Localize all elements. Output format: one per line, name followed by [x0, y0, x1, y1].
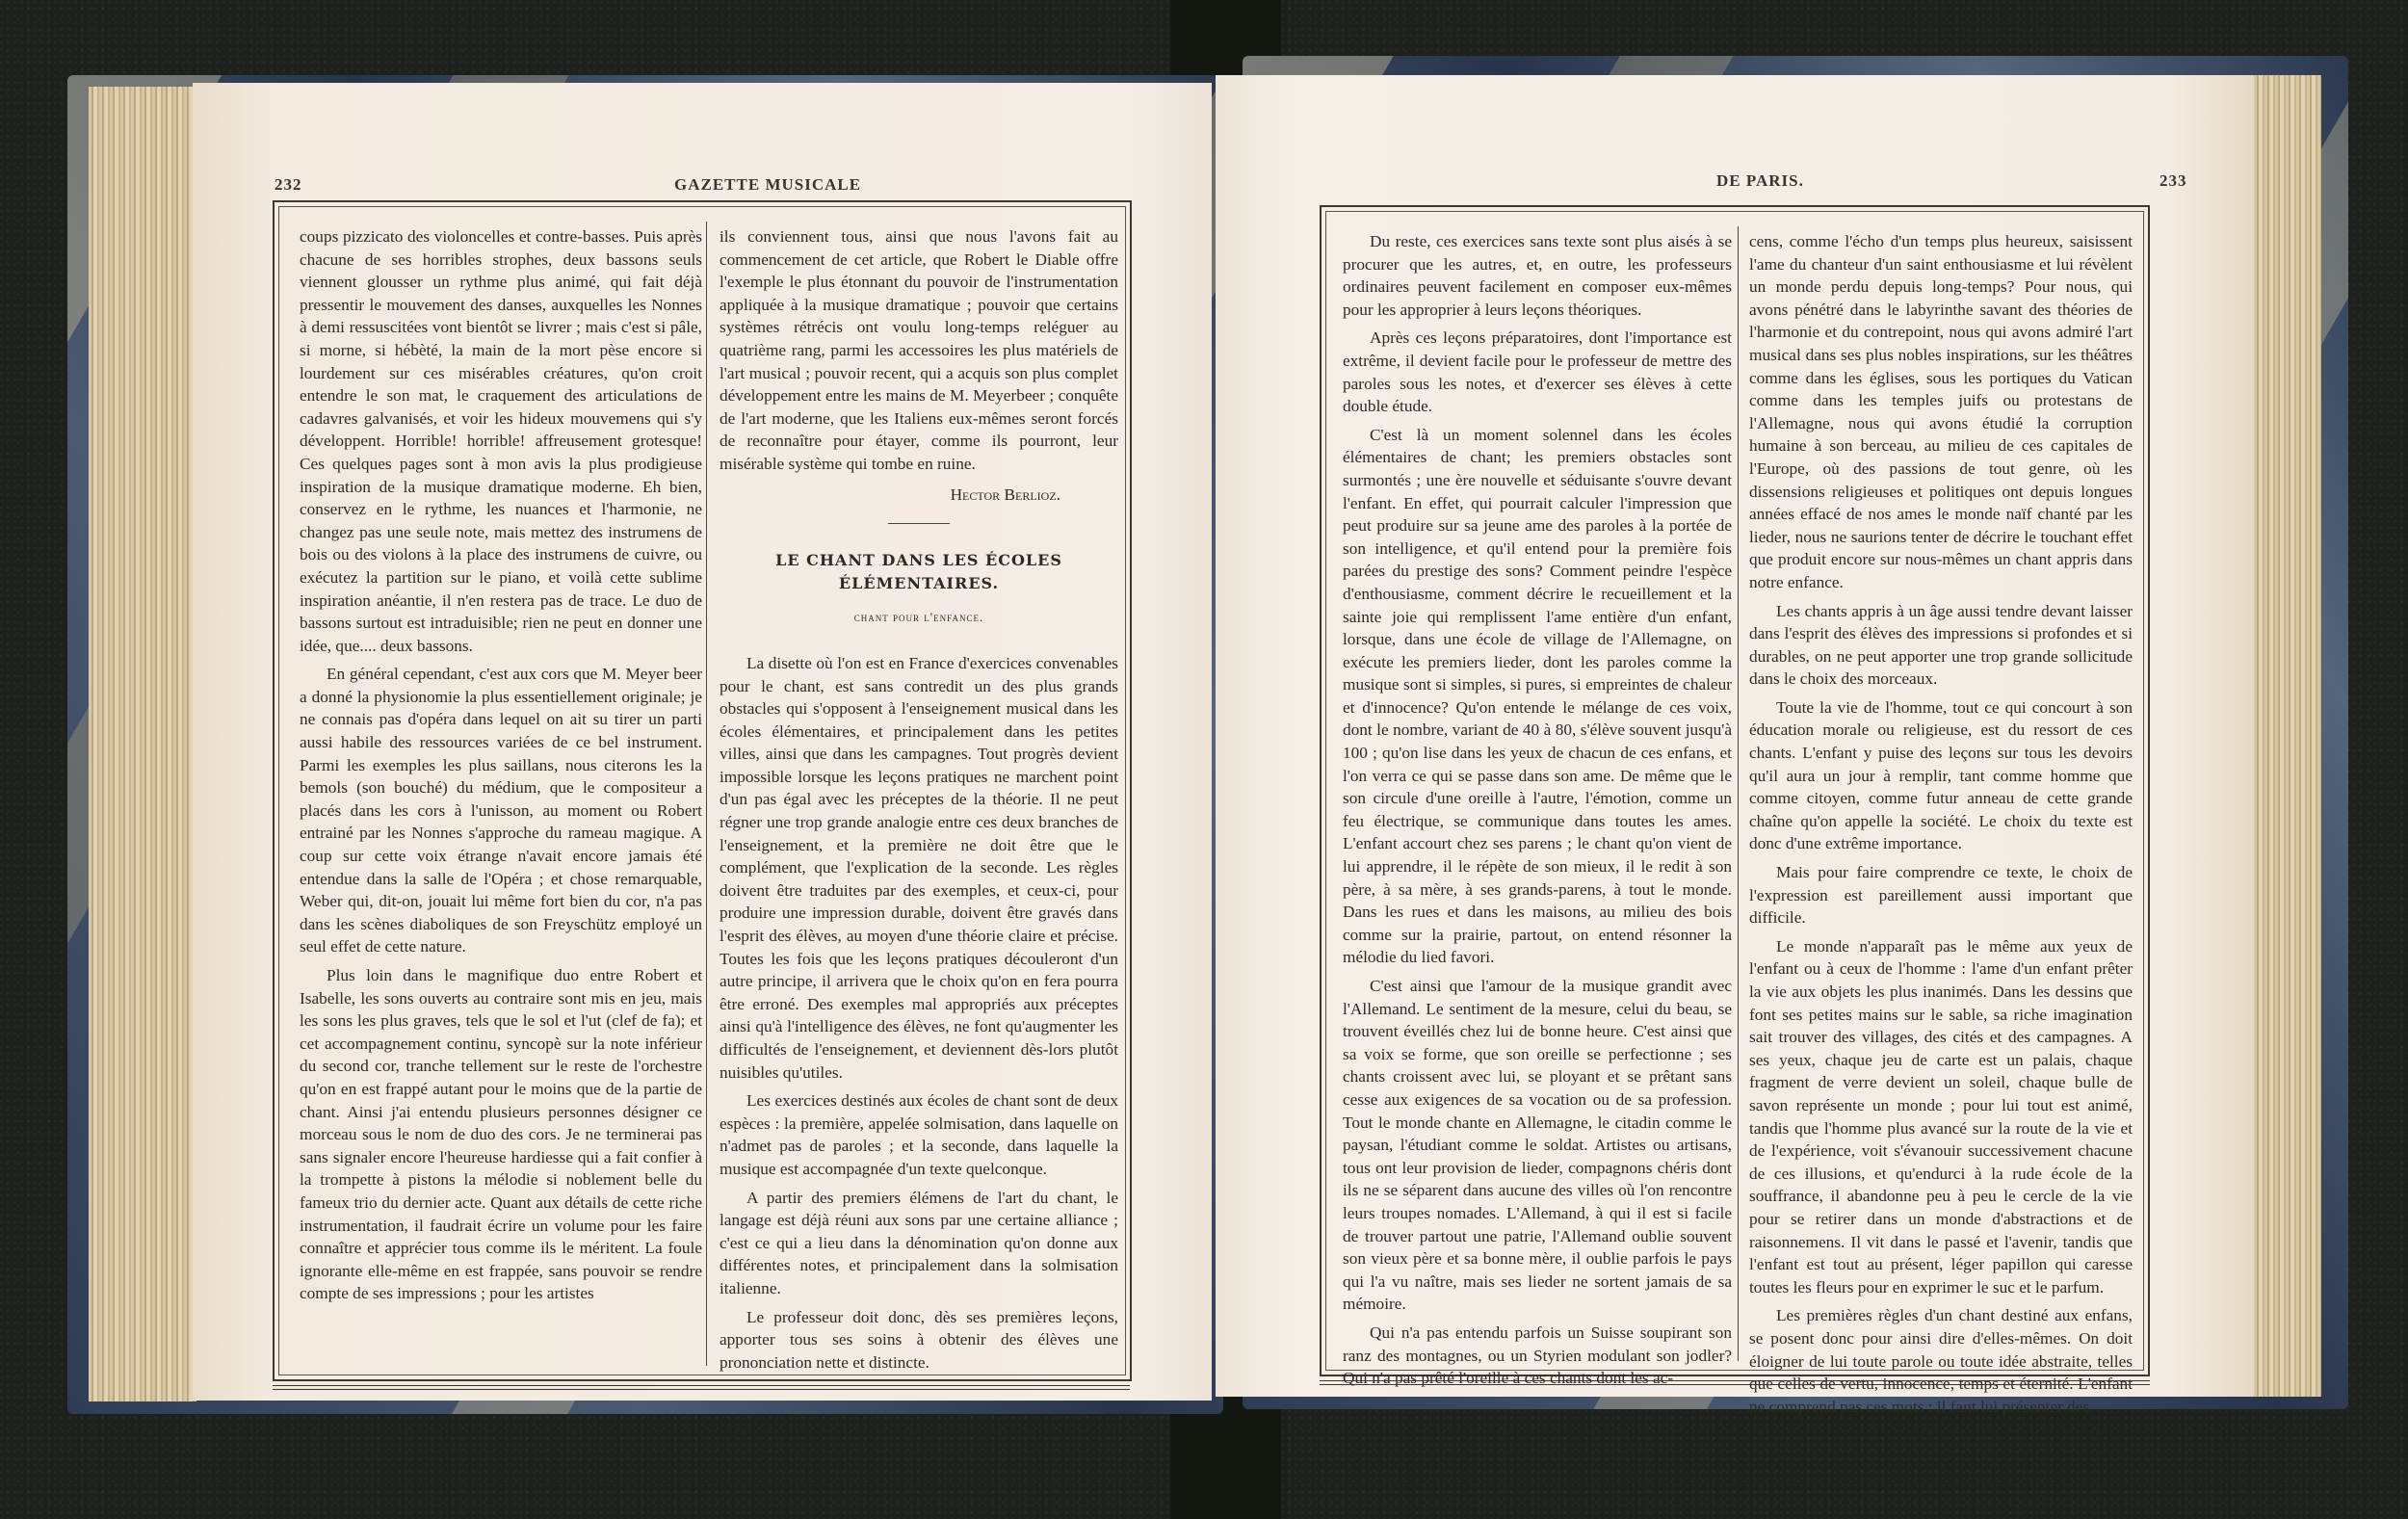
left-page-edges: [89, 87, 196, 1401]
paragraph: C'est ainsi que l'amour de la musique gr…: [1343, 975, 1732, 1316]
section-rule: [888, 523, 950, 524]
page-number: 232: [275, 175, 302, 195]
column-divider: [706, 222, 707, 1366]
running-head: GAZETTE MUSICALE: [674, 175, 861, 195]
paragraph: A partir des premiers élémens de l'art d…: [720, 1187, 1118, 1300]
paragraph: ils conviennent tous, ainsi que nous l'a…: [720, 225, 1118, 476]
text-frame: Du reste, ces exercices sans texte sont …: [1320, 205, 2150, 1376]
page-number: 233: [2159, 171, 2187, 191]
running-head: DE PARIS.: [1716, 171, 1804, 191]
article-subtitle: chant pour l'enfance.: [720, 606, 1118, 629]
bottom-rule: [273, 1385, 1130, 1390]
paragraph: Le professeur doit donc, dès ses premièr…: [720, 1306, 1118, 1375]
right-page-edges: [2254, 75, 2321, 1397]
paragraph: Les exercices destinés aux écoles de cha…: [720, 1089, 1118, 1180]
column-2: ils conviennent tous, ainsi que nous l'a…: [720, 225, 1118, 1379]
paragraph: cens, comme l'écho d'un temps plus heure…: [1749, 230, 2133, 594]
article-title: LE CHANT DANS LES ÉCOLES ÉLÉMENTAIRES.: [720, 549, 1118, 594]
column-2: cens, comme l'écho d'un temps plus heure…: [1749, 230, 2133, 1424]
column-divider: [1738, 226, 1739, 1361]
paragraph: Toute la vie de l'homme, tout ce qui con…: [1749, 696, 2133, 855]
column-1: Du reste, ces exercices sans texte sont …: [1343, 230, 1732, 1396]
paragraph: Mais pour faire comprendre ce texte, le …: [1749, 861, 2133, 930]
column-1: coups pizzicato des violoncelles et cont…: [300, 225, 702, 1311]
paragraph: coups pizzicato des violoncelles et cont…: [300, 225, 702, 657]
paragraph: La disette où l'on est en France d'exerc…: [720, 652, 1118, 1084]
paragraph: Le monde n'apparaît pas le même aux yeux…: [1749, 935, 2133, 1299]
paragraph: Du reste, ces exercices sans texte sont …: [1343, 230, 1732, 321]
paragraph: C'est là un moment solennel dans les éco…: [1343, 424, 1732, 969]
bottom-rule: [1320, 1380, 2150, 1385]
paragraph: Les premières règles d'un chant destiné …: [1749, 1304, 2133, 1418]
left-page: 232 GAZETTE MUSICALE coups pizzicato des…: [193, 83, 1212, 1401]
paragraph: En général cependant, c'est aux cors que…: [300, 663, 702, 958]
paragraph: Les chants appris à un âge aussi tendre …: [1749, 600, 2133, 691]
text-frame: coups pizzicato des violoncelles et cont…: [273, 200, 1132, 1381]
right-page: DE PARIS. 233 Du reste, ces exercices sa…: [1216, 75, 2254, 1397]
paragraph: Plus loin dans le magnifique duo entre R…: [300, 964, 702, 1305]
paragraph: Après ces leçons préparatoires, dont l'i…: [1343, 327, 1732, 417]
author-signature: Hector Berlioz.: [720, 484, 1060, 507]
